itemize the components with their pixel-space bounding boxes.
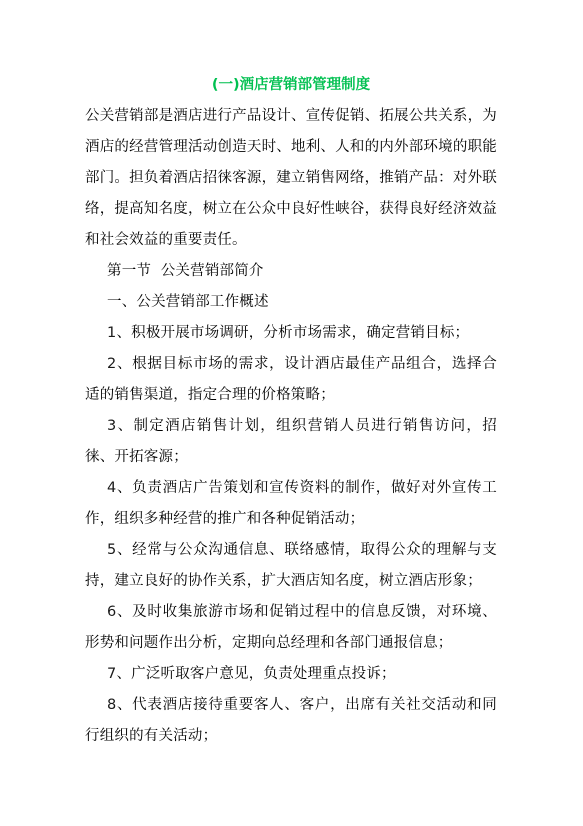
item-text: 、负责酒店广告策划和宣传资料的制作，做好对外宣传工作，组织多种经营的推广和各种促… [85, 480, 497, 527]
document-page: (一)酒店营销部管理制度 公关营销部是酒店进行产品设计、宣传促销、拓展公共关系，… [85, 72, 497, 752]
item-text: 、经常与公众沟通信息、联络感情，取得公众的理解与支持，建立良好的协作关系，扩大酒… [85, 542, 497, 589]
subsection-heading: 一、公关营销部工作概述 [85, 287, 497, 318]
item-text: 、广泛听取客户意见，负责处理重点投诉； [116, 666, 395, 682]
list-item-5: 5、经常与公众沟通信息、联络感情，取得公众的理解与支持，建立良好的协作关系，扩大… [85, 535, 497, 597]
list-item-1: 1、积极开展市场调研，分析市场需求，确定营销目标； [85, 318, 497, 349]
list-item-4: 4、负责酒店广告策划和宣传资料的制作，做好对外宣传工作，组织多种经营的推广和各种… [85, 473, 497, 535]
item-text: 、根据目标市场的需求，设计酒店最佳产品组合，选择合适的销售渠道，指定合理的价格策… [85, 356, 497, 403]
intro-paragraph: 公关营销部是酒店进行产品设计、宣传促销、拓展公共关系，为酒店的经营管理活动创造天… [85, 101, 497, 256]
document-title: (一)酒店营销部管理制度 [85, 72, 497, 98]
list-item-8: 8、代表酒店接待重要客人、客户，出席有关社交活动和同行组织的有关活动； [85, 690, 497, 752]
list-item-7: 7、广泛听取客户意见，负责处理重点投诉； [85, 659, 497, 690]
list-item-3: 3、制定酒店销售计划，组织营销人员进行销售访问，招徕、开拓客源； [85, 411, 497, 473]
item-text: 、制定酒店销售计划，组织营销人员进行销售访问，招徕、开拓客源； [85, 418, 497, 465]
item-text: 、代表酒店接待重要客人、客户，出席有关社交活动和同行组织的有关活动； [85, 697, 497, 744]
section-heading: 第一节 公关营销部简介 [85, 256, 497, 287]
item-text: 、及时收集旅游市场和促销过程中的信息反馈，对环境、形势和问题作出分析，定期向总经… [85, 604, 497, 651]
list-item-2: 2、根据目标市场的需求，设计酒店最佳产品组合，选择合适的销售渠道，指定合理的价格… [85, 349, 497, 411]
list-item-6: 6、及时收集旅游市场和促销过程中的信息反馈，对环境、形势和问题作出分析，定期向总… [85, 597, 497, 659]
item-text: 、积极开展市场调研，分析市场需求，确定营销目标； [116, 325, 469, 341]
